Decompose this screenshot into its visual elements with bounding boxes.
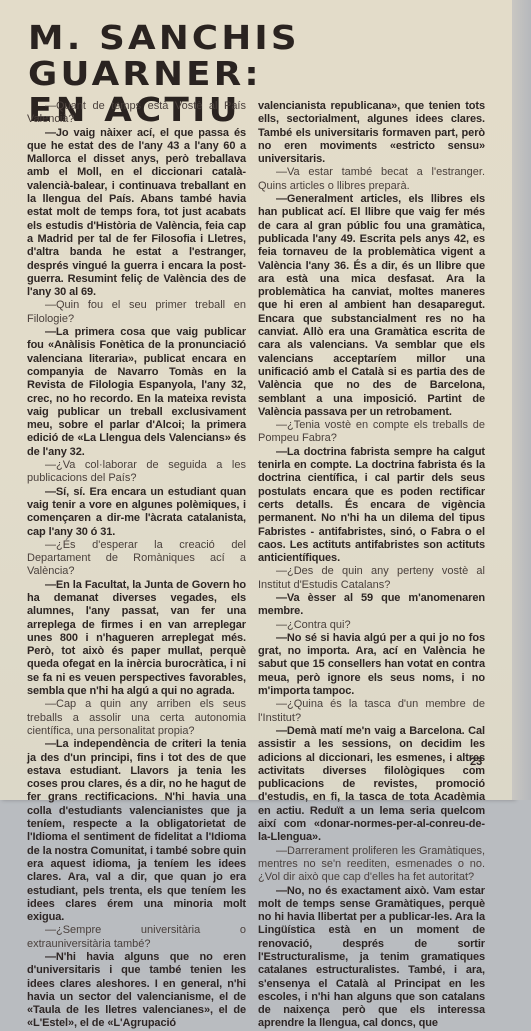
interview-question: —¿Quina és la tasca d'un membre de l'Ins… [258, 698, 485, 725]
interview-question: —¿Tenia vostè en compte els treballs de … [258, 419, 485, 446]
right-text-column: valencianista republicana», que tenien t… [258, 100, 485, 800]
magazine-page: M. SANCHIS GUARNER: EN ACTIU —Quant de t… [0, 0, 514, 800]
page-number: 23 [470, 756, 482, 768]
interview-question: —¿Des de quin any perteny vostè al Insti… [258, 565, 485, 592]
interview-question: —¿Contra qui? [258, 619, 485, 632]
interview-answer: —Sí, sí. Era encara un estudiant quan va… [27, 486, 246, 539]
interview-question: —¿És d'esperar la creació del Departamen… [27, 539, 246, 579]
interview-question: —Quin fou el seu primer treball en Filol… [27, 299, 246, 326]
interview-answer: —La doctrina fabrista sempre ha calgut t… [258, 446, 485, 566]
interview-answer: —Generalment articles, els llibres els h… [258, 193, 485, 419]
interview-answer: —Jo vaig nàixer ací, el que passa és que… [27, 127, 246, 300]
interview-question: —¿Va col·laborar de seguida a les public… [27, 459, 246, 486]
interview-question: —Quant de temps està Vostè al País Valen… [27, 100, 246, 127]
interview-answer: valencianista republicana», que tenien t… [258, 100, 485, 166]
left-text-column: —Quant de temps està Vostè al País Valen… [27, 100, 246, 800]
interview-answer: —No sé si havia algú per a qui jo no fos… [258, 632, 485, 698]
interview-answer: —La independència de criteri la tenia ja… [27, 738, 246, 800]
interview-question: —Cap a quin any arriben els seus treball… [27, 698, 246, 738]
interview-question: —Va estar també becat a l'estranger. Qui… [258, 166, 485, 193]
interview-answer: —Demà matí me'n vaig a Barcelona. Cal as… [258, 725, 485, 800]
article-title-line-1: M. SANCHIS GUARNER: [28, 20, 531, 92]
interview-answer: —La primera cosa que vaig publicar fou «… [27, 326, 246, 459]
interview-answer: —En la Facultat, la Junta de Govern ho h… [27, 579, 246, 699]
page-edge-shadow [512, 0, 531, 800]
interview-answer: —Va èsser al 59 que m'anomenaren membre. [258, 592, 485, 619]
